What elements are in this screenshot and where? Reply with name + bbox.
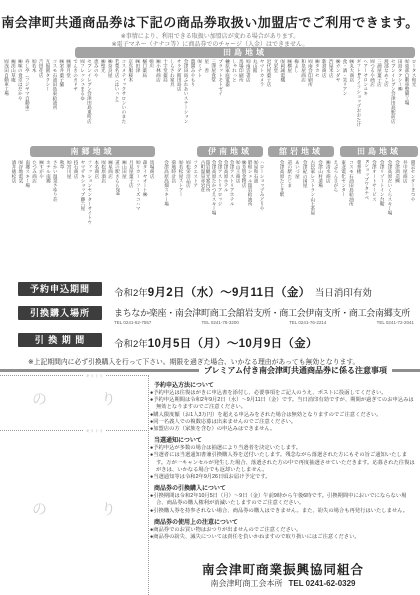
glue-char: の xyxy=(32,388,47,409)
glue-char: の xyxy=(32,498,47,519)
region-banner-tajima: 田島地域 xyxy=(75,47,415,58)
shop-name: ホテル南郷 xyxy=(45,160,52,240)
purchase-location-value: まちなか楽座・南会津町商工会舘岩支所・商工会伊南支所・商工会南郷支所 TEL 0… xyxy=(114,306,418,325)
shop-name: 秋草 xyxy=(58,160,65,240)
shop-name: 三浦屋菓子店 xyxy=(376,59,383,144)
shop-name: 会津酒造㈱ xyxy=(394,160,402,240)
shop-name: 馬場商店 xyxy=(148,160,155,240)
shop-name: 会津紀の国屋 xyxy=(301,160,309,240)
reservation-period-value: 令和2年9月2日（水）〜9月11日（金） 当日消印有効 xyxy=(114,283,418,301)
shop-list-tajima: ロータス和光㈲東部自動車整備工場田島タクシー㈱セブンイレブン会津田島駅前店渡部な… xyxy=(3,59,417,144)
shop-name: 菊地時計店 xyxy=(171,160,178,240)
shop-name: 道の駅きらら289 xyxy=(114,160,121,240)
shop-name: コスモ石油田島給油所 xyxy=(348,160,356,240)
cut-line-label-top: キリトリ xyxy=(84,374,106,379)
notice-item: ●加盟店の方（家族を含む）の申込みはできません。 xyxy=(150,426,416,433)
cut-line-top: キリトリ xyxy=(0,375,149,376)
shop-name: 新倉商店 xyxy=(320,59,327,144)
shop-name: 樋口薬局 xyxy=(141,59,148,144)
shop-name: ㈲つるや商店 xyxy=(369,59,376,144)
shop-name: 会津オートサービス xyxy=(371,160,379,240)
shop-name: フクエストア xyxy=(192,160,199,240)
shop-name: ㈲東部自動車整備工場 xyxy=(403,59,410,144)
shop-name: ㈱田津 xyxy=(134,59,141,144)
shop-name: ㈱山田屋 xyxy=(120,160,127,240)
shop-name: 会津高原たじま駅 xyxy=(278,160,286,240)
shop-name: ㈲山王商店 xyxy=(235,160,241,240)
shop-name: 持石商店 xyxy=(72,160,79,240)
shop-name: 寿し亭（フジヤマ自動車） xyxy=(23,59,30,144)
shop-name: ㈱カンダヤ xyxy=(334,59,341,144)
tel-number: TEL 0241-76-2214 xyxy=(289,320,326,325)
shop-name: 姫川 xyxy=(148,59,155,144)
shop-name: 会津アストリアロッジ xyxy=(217,160,223,240)
notice-item: ●引換購入券を持参されない場合、商品券の購入はできません。また、紛失の場合も再発… xyxy=(150,508,416,515)
shop-name: 井中屋商店 xyxy=(402,160,410,240)
shop-name: ㈲ミナト xyxy=(196,59,203,144)
cut-line-middle: キリトリ xyxy=(0,430,149,431)
reservation-suffix: 当日消印有効 xyxy=(315,288,372,299)
region-banner-ina: 伊南地域 xyxy=(197,146,263,157)
shop-name: さかい温泉さゆり荘 xyxy=(51,160,58,240)
shop-name: しゃれっと xyxy=(231,59,238,144)
shop-name: ロータス和光 xyxy=(410,59,417,144)
shop-name: 菜華楼 xyxy=(355,160,363,240)
shop-name: ㈲リカー・フーズコハマ xyxy=(134,160,141,240)
shop-name: ㈲宮川屋 xyxy=(65,160,72,240)
shop-name: 本名商店 xyxy=(93,160,100,240)
shop-name: 互福園タクシー xyxy=(44,59,51,144)
shop-name: 酒井徳松店 xyxy=(10,160,17,240)
shop-name: ㈱聖光 xyxy=(99,59,106,144)
shop-name: 農園みやもり xyxy=(189,59,196,144)
office-tel: TEL 0241-62-0329 xyxy=(288,579,355,588)
shop-name: ㈲フレッシュまるゆ xyxy=(79,59,86,144)
shop-name: 京呉服桜木 xyxy=(127,59,134,144)
region-banner-tajima-2: 田島地域 xyxy=(340,146,418,157)
shop-name: ㈱タカセ xyxy=(313,59,320,144)
notice-item: ●予約申込期間は令和2年9月2日（水）〜9月11日（金）です。当日消印有効ですが… xyxy=(150,397,416,411)
purchase-location-row: 引換購入場所 まちなか楽座・南会津町商工会舘岩支所・商工会伊南支所・商工会南郷支… xyxy=(0,306,420,328)
page-title: 南会津町共通商品券は下記の商品券取扱い加盟店でご利用できます。 xyxy=(0,12,420,31)
shop-name: ㈱翠月堂 xyxy=(65,59,72,144)
shop-name: 渡部なめこ店 xyxy=(382,59,389,144)
shop-name: 若菜名店（はいっと） xyxy=(113,59,120,144)
shop-name: 会津山村道場 xyxy=(317,160,325,240)
office-name: 南会津町商工会本所 xyxy=(210,579,282,588)
notice-item: ●同一名義人での複数応募は出来ませんのでご注意ください。 xyxy=(150,419,416,426)
shop-name: 月見屋菓子店 xyxy=(127,160,134,240)
purchase-location-tels: TEL 0241-62-7557TEL 0241-78-3200TEL 0241… xyxy=(114,320,414,325)
shop-name: でんきのカドヤ xyxy=(72,59,79,144)
shop-name: ㈲南会印刷所 xyxy=(307,59,314,144)
shop-name: ㈱室井菓子舗 xyxy=(58,59,65,144)
shop-list-nango: 馬場商店森タイヤオート㈱㈲リカー・フーズコハマ月見屋菓子店㈱山田屋道の駅きらら2… xyxy=(3,160,155,240)
shop-name: ギフト&ライフショップおおたけ xyxy=(355,59,362,144)
shop-name: たつみ商店 xyxy=(31,160,38,240)
shop-name: サラダ館田島店 xyxy=(175,59,182,144)
shop-name: 会津高原高畑スキー場 xyxy=(163,160,170,240)
flyer-page: 南会津町共通商品券は下記の商品券取扱い加盟店でご利用できます。 ※事情により、利… xyxy=(0,0,420,595)
cut-line-label-middle: キリトリ xyxy=(84,429,106,434)
shop-name: ヤマトカメラ xyxy=(258,59,265,144)
shop-list-tajima-2: 園芸センターまつや井中屋商店会津酒造㈱会津高原だいくらスキー場会津リゾートイン台… xyxy=(277,160,417,240)
shop-name: ㈲浅田自動車工場 xyxy=(3,59,10,144)
shop-name: セブンイレブン会津田島駅前店 xyxy=(389,59,396,144)
shop-name: ヘアーサロンユキ xyxy=(362,59,369,144)
shop-name: 古民家レストラン山王茶屋 xyxy=(309,160,317,240)
shop-name: 園芸センターまつや xyxy=(409,160,417,240)
shop-name: 三澤屋食堂 xyxy=(210,59,217,144)
shop-name: ㈱清水商店 xyxy=(325,160,333,240)
shop-name: 南郷スキー場 xyxy=(24,160,31,240)
reservation-period-row: 予約申込期間 令和2年9月2日（水）〜9月11日（金） 当日消印有効 xyxy=(0,282,420,298)
notice-body: 予約申込方法について●予約申込は往復はがきに申込書を添付し、必要事項をご記入のう… xyxy=(150,378,416,541)
shop-name: 東北電化センター xyxy=(340,160,348,240)
shop-name: セブンイレブン会津田島東町店 xyxy=(86,59,93,144)
shop-name: ㈱横屋 xyxy=(286,59,293,144)
purchase-location-label: 引換購入場所 xyxy=(18,306,102,320)
purchase-locations: まちなか楽座・南会津町商工会舘岩支所・商工会伊南支所・商工会南郷支所 xyxy=(114,306,418,319)
shop-name: しらさわ家具 xyxy=(168,59,175,144)
cut-line-vertical xyxy=(148,375,149,595)
shop-name: ㈱味の食卓はだかや xyxy=(16,59,23,144)
shop-name: 田島タクシー㈱ xyxy=(396,59,403,144)
shop-name: 榊原家庭電器 xyxy=(224,59,231,144)
notice-item: ●購入限度額（お1人3万円）を超える申込みをされた場合は無効となりますのでご注意… xyxy=(150,412,416,419)
shop-name: 会津高原だいくらスキー場 xyxy=(386,160,394,240)
reservation-period-label: 予約申込期間 xyxy=(18,282,102,296)
exchange-period-label: 引 換 期 間 xyxy=(18,333,102,347)
glue-char: り xyxy=(101,388,116,409)
shop-name: ㈲岡誠電機 xyxy=(279,59,286,144)
shop-name: 馬場印刷所 xyxy=(237,59,244,144)
shop-name: ハローショップみどりや xyxy=(259,160,265,240)
shop-name: コスメティックサロンいのまた xyxy=(120,59,127,144)
region-banner-tateiwa: 舘岩地域 xyxy=(268,146,334,157)
exchange-era: 令和2年 xyxy=(114,339,148,350)
organization-name: 南会津町商業振興協同組合 xyxy=(150,560,416,578)
tel-number: TEL 0241-72-2041 xyxy=(377,320,414,325)
shop-name: ヤマザキショップ藤六屋 xyxy=(79,160,86,240)
glue-mark-2: の り xyxy=(32,498,116,519)
notice-item: ●商品券の紛失、滅失については責任を負いかねますので取り扱いにはご注意ください。 xyxy=(150,534,416,541)
shop-name: 会津田島ふれあいステーション xyxy=(182,59,189,144)
shop-name: 昭和シェル舘岩給油所 xyxy=(247,160,253,240)
shop-name: ㈱丸大商店 xyxy=(348,59,355,144)
tel-number: TEL 0241-78-3200 xyxy=(202,320,239,325)
shop-name: 渋屋米店 xyxy=(327,59,334,144)
shop-name: 会津リゾートイン台鞍 xyxy=(378,160,386,240)
reservation-era: 令和2年 xyxy=(114,288,148,299)
shop-name: ㈲南雲書店 xyxy=(244,59,251,144)
shop-name: 食・酒・笑リアン xyxy=(341,59,348,144)
shop-name: 森タイヤオート㈱ xyxy=(141,160,148,240)
exchange-period-value: 令和2年10月5日（月）〜10月9日（金） xyxy=(114,334,418,352)
shop-name: Kショップワタナベ xyxy=(363,160,371,240)
shop-name: 会津高原たかつえスキー場 xyxy=(211,160,217,240)
shop-name: 十字堂薬局 xyxy=(161,59,168,144)
shop-name: ㈱奈良屋 xyxy=(106,59,113,144)
notice-item: ●当選者には当選通知書兼引換購入券を送付いたします。残念ながら落選された方にもそ… xyxy=(150,452,416,474)
shop-name: 岩代屋菓子店 xyxy=(265,59,272,144)
shop-name: ㈱渓山草庵 xyxy=(10,59,17,144)
shop-name: 吉田花店 xyxy=(37,59,44,144)
notice-section-heading: 商品券の使用上の注意について xyxy=(154,517,416,526)
notice-section-heading: 商品券の引換購入について xyxy=(154,483,416,492)
shop-name: 恵みのや xyxy=(92,59,99,144)
shop-name: 文栄堂 xyxy=(272,59,279,144)
shop-name: コスモ石油田島東給油所 xyxy=(51,59,58,144)
reservation-dates: 9月2日（水）〜9月11日（金） xyxy=(148,287,311,299)
tel-number: TEL 0241-62-7557 xyxy=(114,320,151,325)
region-banner-nango: 南郷地域 xyxy=(30,146,155,157)
notice-item: ●商品券でのお買い物はおつりが出ませんのでご注意ください。 xyxy=(150,527,416,534)
shop-name: ㈲谷地電気 xyxy=(17,160,24,240)
shop-name: えぷろんさがら xyxy=(332,160,340,240)
shop-name: あいづ屋 xyxy=(294,160,302,240)
shop-name: ㈲若木 xyxy=(30,59,37,144)
shop-name: ㈱星商店 xyxy=(107,160,114,240)
organization-contact: 南会津町商工会本所TEL 0241-62-0329 xyxy=(150,578,416,589)
shop-name: ㈲松栄洋品店 xyxy=(185,160,192,240)
shop-name: 星 善 xyxy=(203,59,210,144)
rule-right xyxy=(392,369,420,372)
shop-name: 梅よし xyxy=(293,59,300,144)
shop-list-ina: 古町温泉赤岩荘フクエストア㈲松栄洋品店㈲若松屋ストアー菊地時計店会津高原高畑スキ… xyxy=(163,160,207,240)
shop-name: 道の駅たじま xyxy=(286,160,294,240)
exchange-dates: 10月5日（月）〜10月9日（金） xyxy=(148,338,318,350)
notice-title: プレミアム付き南会津町共通商品券に係る注意事項 xyxy=(199,365,392,376)
shop-name: 丸山館 xyxy=(251,59,258,144)
glue-char: り xyxy=(101,498,116,519)
notice-item: ●引換期間は令和2年10月5日（月）〜9日（金）午前9時から午後6時です。引換期… xyxy=(150,493,416,507)
shop-name: ㈱小林商店 xyxy=(155,59,162,144)
shop-name: 和泉屋商店 xyxy=(300,59,307,144)
shop-name: 会津アストリアホテル xyxy=(229,160,235,240)
shop-name: ㈲若松屋ストアー xyxy=(178,160,185,240)
notice-section-heading: 予約申込方法について xyxy=(154,380,416,389)
shop-name: ファッションセンターサイトウ xyxy=(86,160,93,240)
glue-mark-1: の り xyxy=(32,388,116,409)
notice-section-heading: 当選通知について xyxy=(154,435,416,444)
shop-name: プラットモトゼイ xyxy=(217,59,224,144)
rule-left xyxy=(0,369,199,372)
notice-item: ●当選通知等は令和2年9月26日頃お届け予定です。 xyxy=(150,474,416,481)
shop-name: ㈱すがや xyxy=(38,160,45,240)
shop-name: ㈲松原酒店 xyxy=(100,160,107,240)
shop-list-tateiwa: ハローショップみどりや㈲星和石油昭和シェル舘岩給油所㈱芳賀金物店㈲山王商店会津ア… xyxy=(205,160,265,240)
exchange-period-row: 引 換 期 間 令和2年10月5日（月）〜10月9日（金） xyxy=(0,333,420,349)
